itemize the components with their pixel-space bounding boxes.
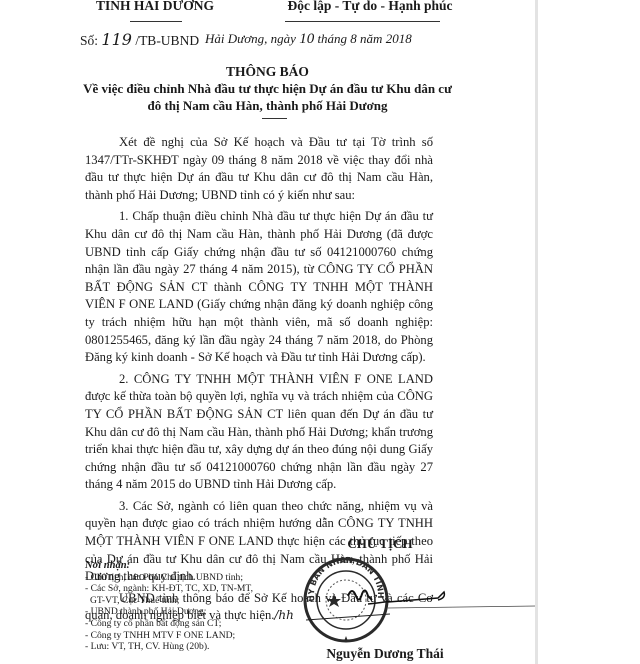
signer-position: CHỦ TỊCH — [340, 536, 420, 552]
motto-underline — [285, 21, 440, 22]
recipient-item: - Công ty cổ phần bất động sản CT; — [85, 618, 285, 630]
signer-name: Nguyễn Dương Thái — [320, 646, 450, 662]
svg-text:ỦY BAN NHÂN DÂN TỈNH: ỦY BAN NHÂN DÂN TỈNH — [304, 556, 385, 602]
recipient-item: GT-VT, Cục Thuế tỉnh; — [85, 595, 285, 607]
recipients-block: Nơi nhận: - Chủ tịch, các Phó Chủ tịch U… — [85, 560, 285, 653]
number-prefix: Số: — [80, 33, 101, 48]
subtitle-line: đô thị Nam cầu Hàn, thành phố Hải Dương — [60, 97, 475, 114]
item-1-paragraph: 1. Chấp thuận điều chỉnh Nhà đầu tư thực… — [85, 208, 433, 366]
recipient-item: - Chủ tịch, các Phó Chủ tịch UBND tỉnh; — [85, 572, 285, 584]
document-number: Số: 119 /TB-UBND — [80, 30, 199, 49]
intro-paragraph: Xét đề nghị của Sở Kế hoạch và Đầu tư tạ… — [85, 134, 433, 204]
recipient-item: - Các Sở, ngành: KH-ĐT, TC, XD, TN-MT, — [85, 583, 285, 595]
document-title: THÔNG BÁO — [0, 64, 535, 80]
document-date: Hải Dương, ngày 10 tháng 8 năm 2018 — [205, 31, 412, 48]
title-underline — [262, 118, 287, 119]
blank-margin — [538, 0, 640, 664]
signature-stroke-icon — [388, 590, 538, 620]
issuing-authority: TỈNH HẢI DƯƠNG — [80, 0, 230, 14]
date-day: 10 — [299, 31, 314, 47]
date-prefix: Hải Dương, ngày — [205, 31, 299, 46]
subtitle-line: Về việc điều chỉnh Nhà đầu tư thực hiện … — [60, 80, 475, 97]
official-seal-icon: ỦY BAN NHÂN DÂN TỈNH — [302, 556, 390, 644]
document-subtitle: Về việc điều chỉnh Nhà đầu tư thực hiện … — [60, 80, 475, 114]
recipient-item: - Lưu: VT, TH, CV. Hùng (20b). — [85, 641, 285, 653]
item-2-paragraph: 2. CÔNG TY TNHH MỘT THÀNH VIÊN F ONE LAN… — [85, 371, 433, 494]
national-motto: Độc lập - Tự do - Hạnh phúc — [270, 0, 470, 14]
date-suffix: tháng 8 năm 2018 — [314, 31, 412, 46]
recipient-item: - UBND thành phố Hải Dương; — [85, 606, 285, 618]
authority-underline — [130, 21, 182, 22]
number-suffix: /TB-UBND — [132, 33, 199, 48]
document-page: TỈNH HẢI DƯƠNG Độc lập - Tự do - Hạnh ph… — [0, 0, 535, 664]
seal-text: ỦY BAN NHÂN DÂN TỈNH — [304, 556, 385, 602]
recipients-title: Nơi nhận: — [85, 560, 285, 572]
recipient-item: - Công ty TNHH MTV F ONE LAND; — [85, 630, 285, 642]
document-body: Xét đề nghị của Sở Kế hoạch và Đầu tư tạ… — [85, 134, 433, 629]
number-handwritten: 119 — [101, 30, 132, 49]
